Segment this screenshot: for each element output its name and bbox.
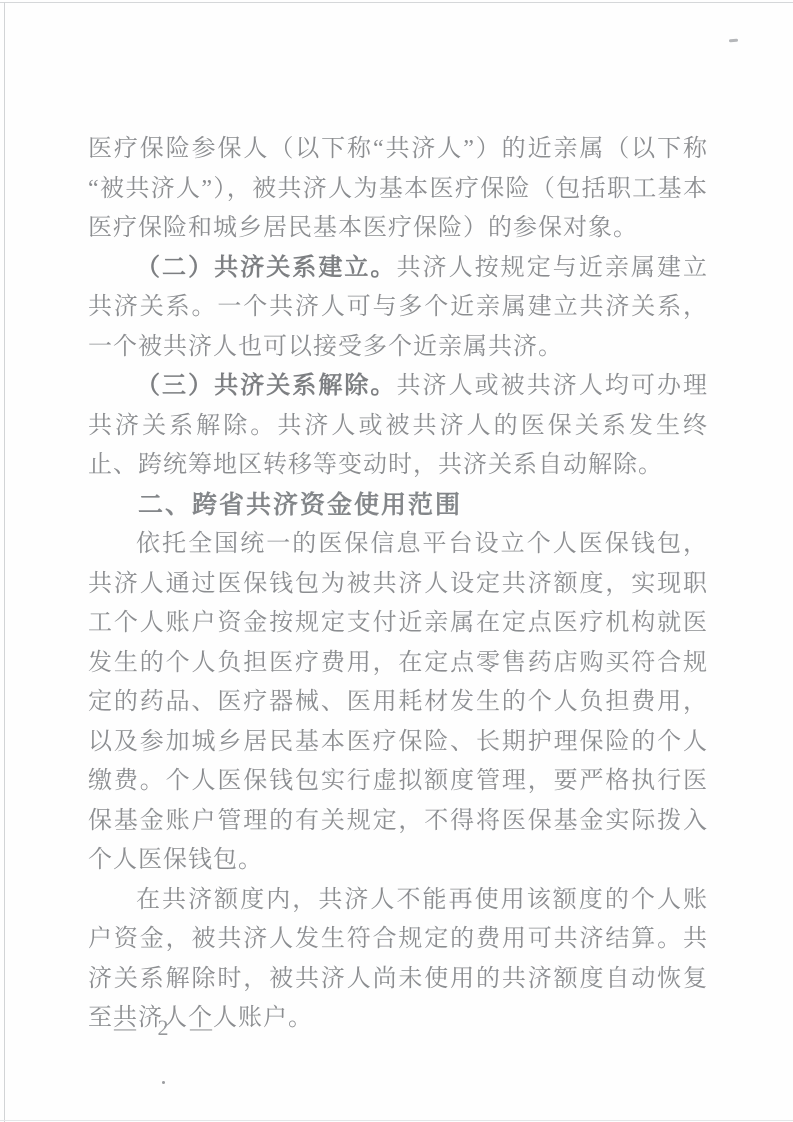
- paragraph: （二）共济关系建立。共济人按规定与近亲属建立共济关系。一个共济人可与多个近亲属建…: [88, 249, 708, 368]
- paragraph: （三）共济关系解除。共济人或被共济人均可办理共济关系解除。共济人或被共济人的医保…: [88, 367, 708, 486]
- paragraph: 医疗保险参保人（以下称“共济人”）的近亲属（以下称“被共济人”），被共济人为基本…: [88, 130, 708, 249]
- scan-speck-dash: [729, 39, 738, 43]
- paragraph-lead-bold: （三）共济关系解除。: [136, 373, 396, 399]
- scan-edge-bottom: [0, 1120, 793, 1121]
- document-body: 医疗保险参保人（以下称“共济人”）的近亲属（以下称“被共济人”），被共济人为基本…: [88, 130, 708, 1039]
- document-page: 医疗保险参保人（以下称“共济人”）的近亲属（以下称“被共济人”），被共济人为基本…: [0, 0, 793, 1122]
- scan-edge-top: [0, 2, 793, 3]
- paragraph-lead-bold: （二）共济关系建立。: [136, 255, 396, 281]
- scan-speck-dot: [162, 1081, 165, 1084]
- scan-edge-left: [4, 2, 5, 1122]
- page-number: — 2 —: [114, 1014, 216, 1042]
- paragraph: 依托全国统一的医保信息平台设立个人医保钱包，共济人通过医保钱包为被共济人设定共济…: [88, 525, 708, 881]
- section-heading: 二、跨省共济资金使用范围: [88, 486, 708, 526]
